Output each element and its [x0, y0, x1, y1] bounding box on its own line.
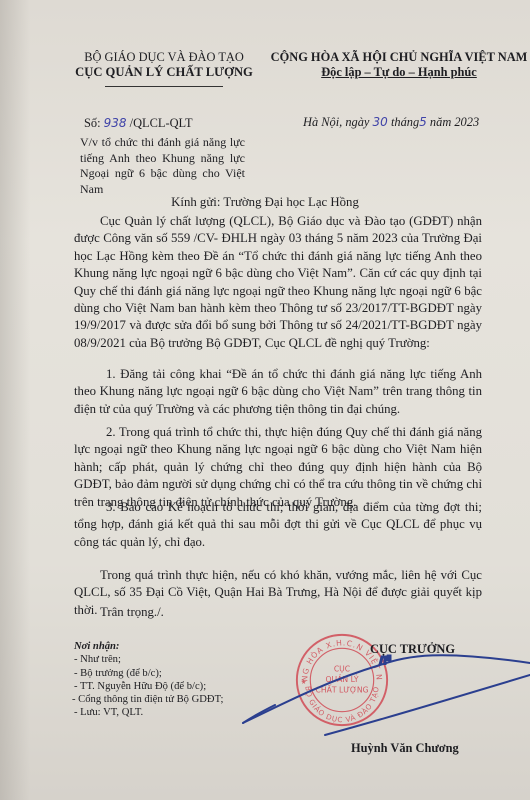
issue-date: Hà Nội, ngày 30 tháng5 năm 2023 [303, 115, 479, 130]
recipient-item: - Lưu: VT, QLT. [74, 706, 223, 719]
svg-text:QUẢN LÝ: QUẢN LÝ [325, 675, 358, 684]
signer-name: Huỳnh Văn Chương [351, 741, 459, 756]
recipients-label: Nơi nhận: [74, 640, 223, 653]
svg-text:CHẤT LƯỢNG: CHẤT LƯỢNG [315, 684, 368, 694]
issuer-header: BỘ GIÁO DỤC VÀ ĐÀO TẠO CỤC QUẢN LÝ CHẤT … [64, 50, 264, 87]
recipient-item: - Như trên; [74, 653, 223, 666]
nation-name: CỘNG HÒA XÃ HỘI CHỦ NGHĨA VIỆT NAM [268, 50, 530, 65]
recipients-list: Nơi nhận: - Như trên; - Bộ trưởng (để b/… [74, 640, 223, 720]
request-item-1: 1. Đăng tải công khai “Đề án tổ chức thi… [74, 366, 482, 418]
recipient-item: - Cổng thông tin điện tử Bộ GDĐT; [72, 693, 223, 706]
document-number: Số: 938 /QLCL-QLT [84, 116, 193, 131]
document-subject: V/v tổ chức thi đánh giá năng lực tiếng … [80, 135, 245, 197]
recipient-line: Kính gửi: Trường Đại học Lạc Hồng [0, 195, 530, 210]
signatory-title: CỤC TRƯỞNG [370, 642, 455, 657]
regards: Trân trọng./. [100, 605, 164, 620]
handwritten-month: 5 [419, 115, 427, 129]
ministry-name: BỘ GIÁO DỤC VÀ ĐÀO TẠO [64, 50, 264, 65]
svg-text:★: ★ [301, 678, 307, 686]
request-item-3: 3. Báo cáo Kế hoạch tổ chức thi; thời gi… [74, 499, 482, 551]
official-letter-page: BỘ GIÁO DỤC VÀ ĐÀO TẠO CỤC QUẢN LÝ CHẤT … [0, 0, 530, 800]
national-motto: Độc lập – Tự do – Hạnh phúc [268, 65, 530, 80]
handwritten-number: 938 [104, 116, 127, 130]
recipient-item: - TT. Nguyễn Hữu Độ (để b/c); [74, 680, 223, 693]
department-name: CỤC QUẢN LÝ CHẤT LƯỢNG [64, 65, 264, 80]
main-paragraph: Cục Quản lý chất lượng (QLCL), Bộ Giáo d… [74, 213, 482, 352]
svg-text:CỤC: CỤC [334, 664, 350, 673]
recipient-item: - Bộ trưởng (để b/c); [74, 667, 223, 680]
request-item-2: 2. Trong quá trình tổ chức thi, thực hiệ… [74, 424, 482, 511]
handwritten-day: 30 [373, 115, 388, 129]
header-divider [105, 86, 223, 87]
national-header: CỘNG HÒA XÃ HỘI CHỦ NGHĨA VIỆT NAM Độc l… [268, 50, 530, 80]
